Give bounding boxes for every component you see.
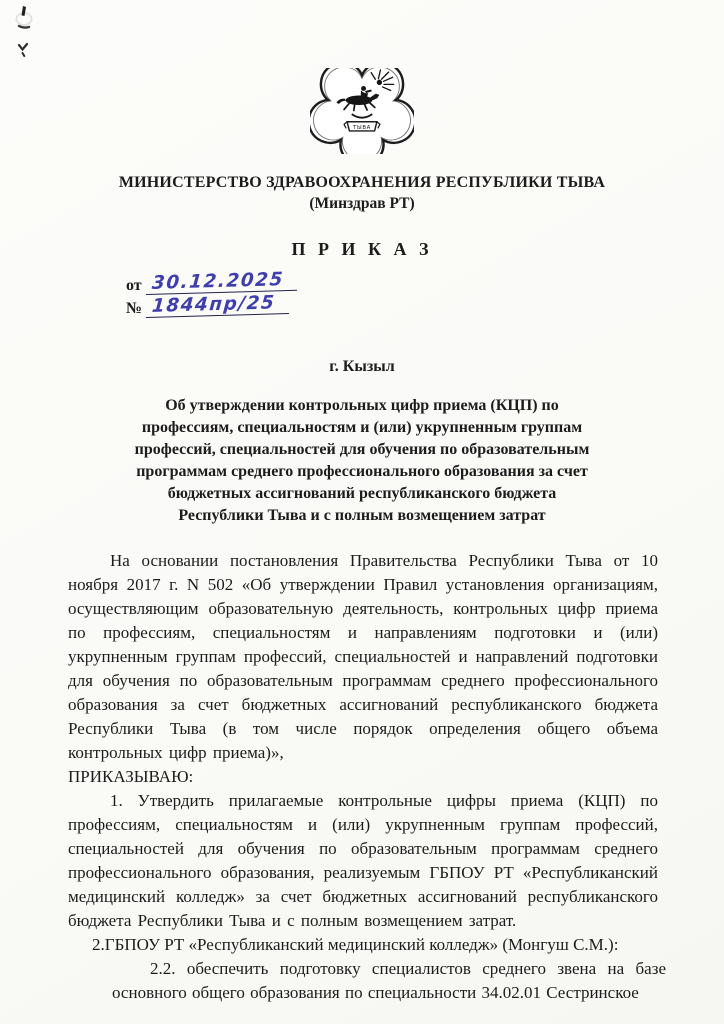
ink-smudge-marks [0, 0, 60, 70]
date-label: от [126, 277, 142, 295]
doc-type-heading: П Р И К А З [0, 237, 724, 261]
ministry-short-name: (Минздрав РТ) [0, 193, 724, 214]
decree-word: ПРИКАЗЫВАЮ: [68, 765, 658, 789]
ministry-name: МИНИСТЕРСТВО ЗДРАВООХРАНЕНИЯ РЕСПУБЛИКИ … [0, 172, 724, 193]
date-value-handwritten: 30.12.2025 [146, 270, 299, 295]
banner: ТЫВА [344, 122, 380, 131]
number-row: №1844пр/25 [126, 297, 724, 320]
coat-of-arms-icon: ТЫВА [310, 68, 414, 154]
doc-title: Об утверждении контрольных цифр приема (… [0, 395, 724, 527]
doc-title-line: программам среднего профессионального об… [0, 461, 724, 483]
requisites-block: от30.12.2025 №1844пр/25 [126, 274, 724, 320]
paragraph-item-2-2: 2.2. обеспечить подготовку специалистов … [112, 957, 666, 1005]
doc-title-line: профессий, специальностей для обучения п… [0, 439, 724, 461]
number-label: № [126, 300, 142, 318]
paragraph-item-2: 2.ГБПОУ РТ «Республиканский медицинский … [68, 933, 658, 957]
banner-text: ТЫВА [352, 125, 371, 131]
paragraph-item-1: 1. Утвердить прилагаемые контрольные циф… [68, 789, 658, 933]
doc-title-line: бюджетных ассигнований республиканского … [0, 483, 724, 505]
document-body: На основании постановления Правительства… [68, 549, 658, 1005]
city-line: г. Кызыл [0, 357, 724, 377]
emblem: ТЫВА [310, 68, 414, 159]
doc-title-line: профессиям, специальностям и (или) укруп… [0, 417, 724, 439]
number-value-handwritten: 1844пр/25 [146, 293, 290, 318]
doc-title-line: Республики Тыва и с полным возмещением з… [0, 505, 724, 527]
paragraph-legal-basis: На основании постановления Правительства… [68, 549, 658, 765]
doc-title-line: Об утверждении контрольных цифр приема (… [0, 395, 724, 417]
scanned-order-document: ТЫВА МИНИСТЕРСТВО ЗДРАВООХРАНЕНИЯ РЕСПУБ… [0, 0, 724, 1024]
